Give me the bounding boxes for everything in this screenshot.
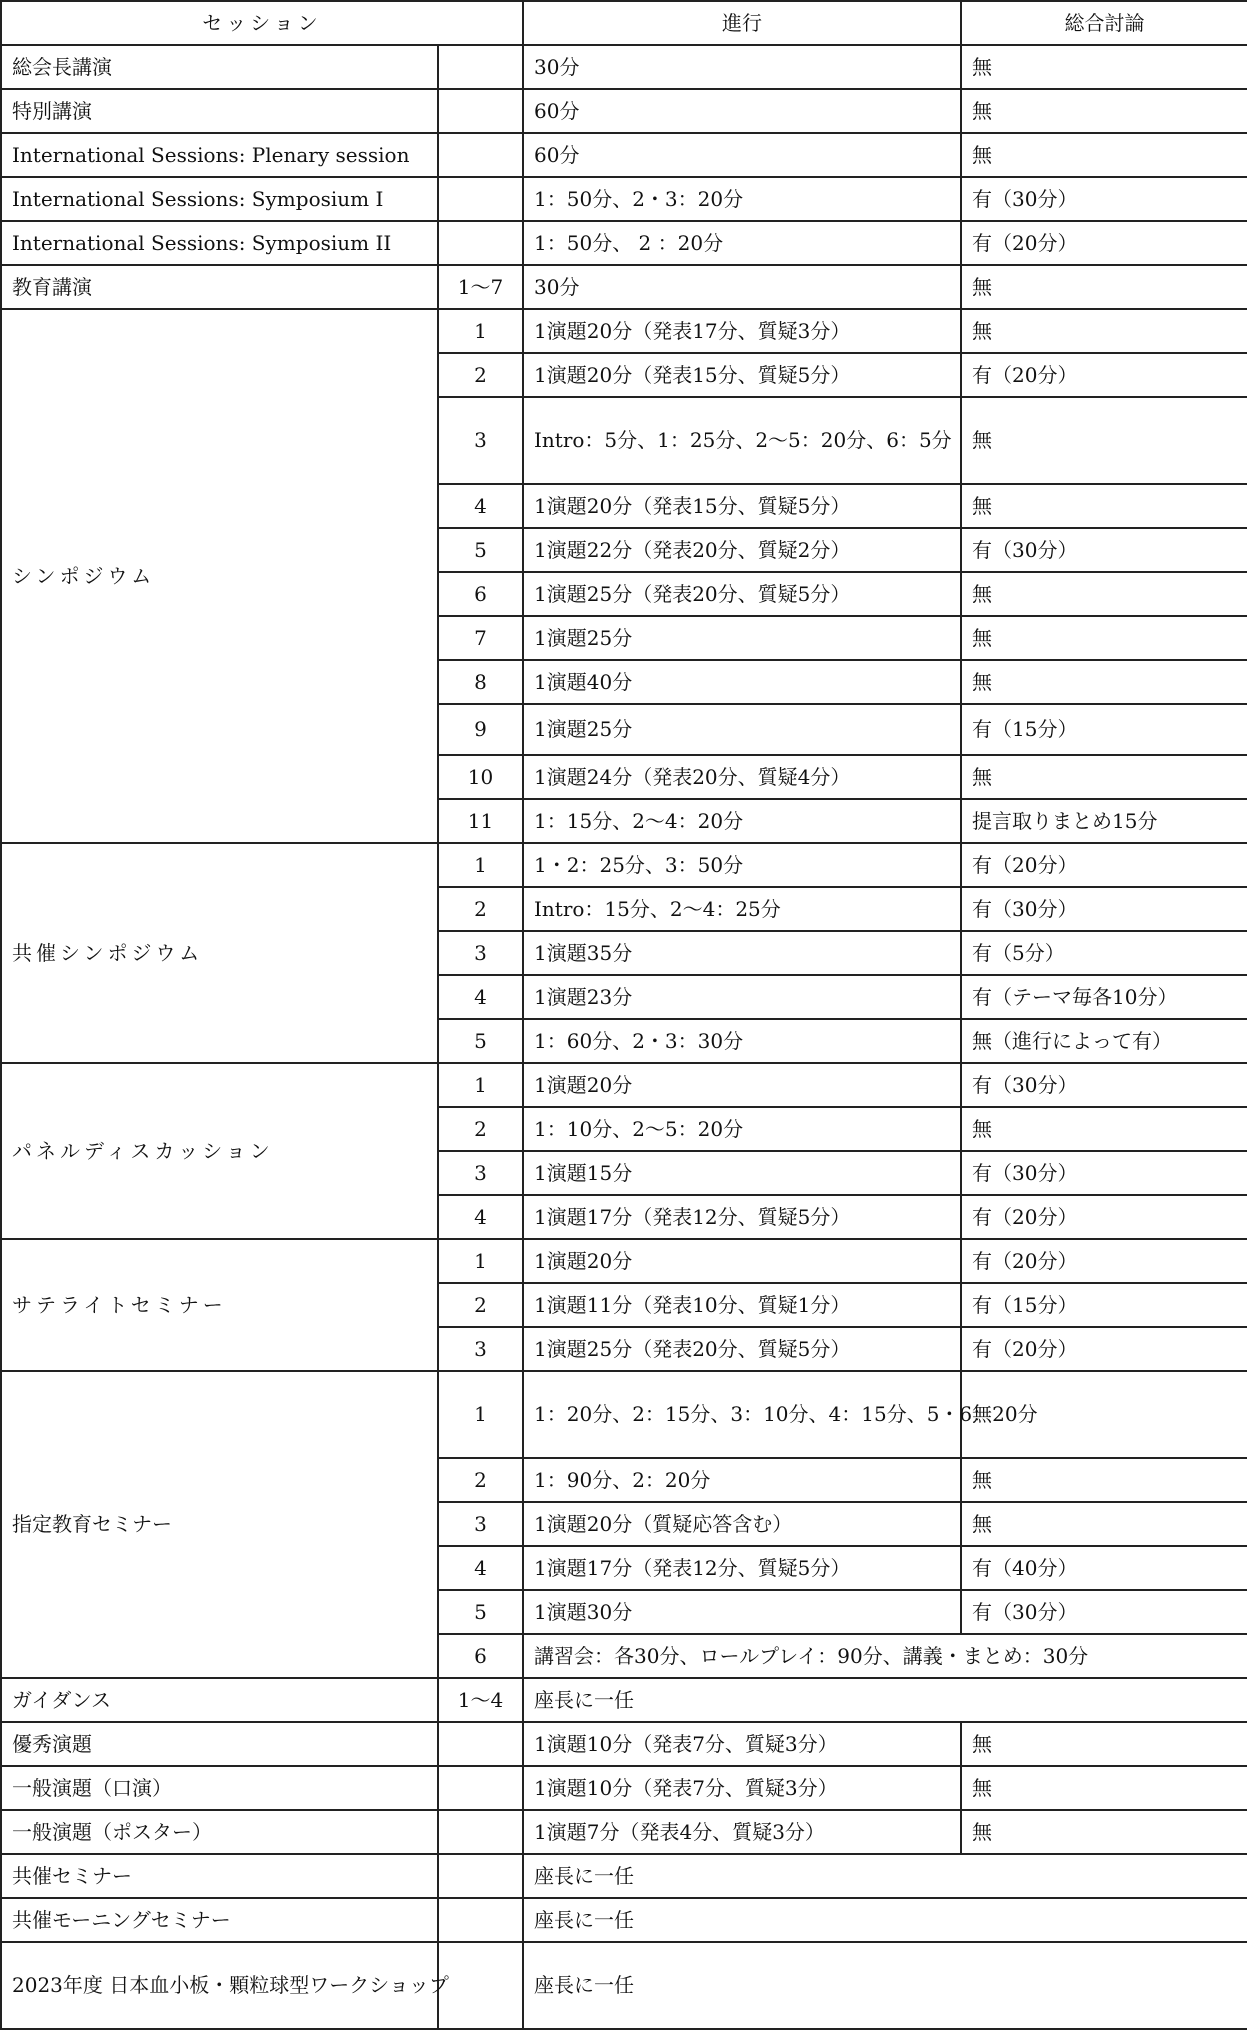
session-number: 8 [438, 660, 523, 704]
table-row: 共催モーニングセミナー 座長に一任 [1, 1898, 1247, 1942]
progress-cell: 1演題15分 [523, 1151, 961, 1195]
session-name: 特別講演 [1, 89, 438, 133]
table-row: 一般演題（口演） 1演題10分（発表7分、質疑3分） 無 [1, 1766, 1247, 1810]
session-number [438, 89, 523, 133]
discussion-cell: 有（20分） [961, 1195, 1247, 1239]
session-number: 4 [438, 484, 523, 528]
progress-cell: 1演題20分（発表15分、質疑5分） [523, 353, 961, 397]
discussion-cell: 無 [961, 309, 1247, 353]
table-row: サテライトセミナー 1 1演題20分 有（20分） [1, 1239, 1247, 1283]
group-co-symposium: 共催シンポジウム [1, 843, 438, 1063]
progress-cell: 1演題20分（質疑応答含む） [523, 1502, 961, 1546]
progress-cell: 1演題20分 [523, 1063, 961, 1107]
table-row: 共催セミナー 座長に一任 [1, 1854, 1247, 1898]
progress-cell: 60分 [523, 89, 961, 133]
progress-cell: 1：90分、2：20分 [523, 1458, 961, 1502]
session-name: 一般演題（口演） [1, 1766, 438, 1810]
session-number: 1 [438, 1371, 523, 1458]
discussion-cell: 有（20分） [961, 221, 1247, 265]
discussion-cell: 有（30分） [961, 1151, 1247, 1195]
table-row: ガイダンス 1〜4 座長に一任 [1, 1678, 1247, 1722]
progress-cell: 1演題17分（発表12分、質疑5分） [523, 1195, 961, 1239]
session-number: 3 [438, 931, 523, 975]
session-number: 4 [438, 975, 523, 1019]
progress-cell: 1演題11分（発表10分、質疑1分） [523, 1283, 961, 1327]
session-number [438, 1766, 523, 1810]
session-number: 5 [438, 1019, 523, 1063]
table-row: 2023年度 日本血小板・顆粒球型ワークショップ 座長に一任 [1, 1942, 1247, 2029]
progress-cell: 1演題20分（発表15分、質疑5分） [523, 484, 961, 528]
discussion-cell: 有（30分） [961, 528, 1247, 572]
progress-cell: 1演題10分（発表7分、質疑3分） [523, 1722, 961, 1766]
discussion-cell: 無 [961, 45, 1247, 89]
session-name: 共催セミナー [1, 1854, 438, 1898]
session-number: 3 [438, 1327, 523, 1371]
table-row: 特別講演 60分 無 [1, 89, 1247, 133]
table-row: 共催シンポジウム 1 1・2：25分、3：50分 有（20分） [1, 843, 1247, 887]
progress-cell: 1演題20分 [523, 1239, 961, 1283]
discussion-cell: 有（30分） [961, 1590, 1247, 1634]
session-name: International Sessions: Symposium II [1, 221, 438, 265]
progress-cell: 1演題10分（発表7分、質疑3分） [523, 1766, 961, 1810]
discussion-cell: 無 [961, 660, 1247, 704]
session-number [438, 45, 523, 89]
header-progress: 進行 [523, 1, 961, 45]
group-designated-education-seminar: 指定教育セミナー [1, 1371, 438, 1678]
session-name: International Sessions: Plenary session [1, 133, 438, 177]
progress-cell: 1：15分、2〜4：20分 [523, 799, 961, 843]
progress-cell: 1演題20分（発表17分、質疑3分） [523, 309, 961, 353]
session-number: 1〜7 [438, 265, 523, 309]
session-number: 9 [438, 704, 523, 755]
session-number: 2 [438, 353, 523, 397]
session-number: 1〜4 [438, 1678, 523, 1722]
session-number: 1 [438, 309, 523, 353]
table-row: 教育講演 1〜7 30分 無 [1, 265, 1247, 309]
progress-cell: 1演題30分 [523, 1590, 961, 1634]
progress-cell: 1演題25分 [523, 704, 961, 755]
discussion-cell: 無 [961, 1107, 1247, 1151]
progress-cell: 1演題35分 [523, 931, 961, 975]
progress-cell: 1：50分、 2 ：20分 [523, 221, 961, 265]
session-number: 4 [438, 1195, 523, 1239]
header-discussion: 総合討論 [961, 1, 1247, 45]
progress-cell: 1演題25分（発表20分、質疑5分） [523, 572, 961, 616]
session-number: 2 [438, 887, 523, 931]
session-number: 4 [438, 1546, 523, 1590]
session-number: 3 [438, 1502, 523, 1546]
session-number [438, 1722, 523, 1766]
session-number: 5 [438, 528, 523, 572]
discussion-cell: 有（15分） [961, 1283, 1247, 1327]
session-number: 2 [438, 1458, 523, 1502]
session-number [438, 133, 523, 177]
session-number: 10 [438, 755, 523, 799]
table-row: International Sessions: Plenary session … [1, 133, 1247, 177]
session-name: 一般演題（ポスター） [1, 1810, 438, 1854]
table-row: International Sessions: Symposium II 1：5… [1, 221, 1247, 265]
discussion-cell: 無 [961, 89, 1247, 133]
progress-cell: Intro：5分、1：25分、2〜5：20分、6：5分 [523, 397, 961, 484]
discussion-cell: 無 [961, 1810, 1247, 1854]
table-row: 一般演題（ポスター） 1演題7分（発表4分、質疑3分） 無 [1, 1810, 1247, 1854]
session-number: 3 [438, 397, 523, 484]
discussion-cell: 無 [961, 1766, 1247, 1810]
header-row: セッション 進行 総合討論 [1, 1, 1247, 45]
discussion-cell: 無 [961, 755, 1247, 799]
session-number: 6 [438, 1634, 523, 1678]
progress-cell: 1・2：25分、3：50分 [523, 843, 961, 887]
progress-cell: 1演題25分 [523, 616, 961, 660]
session-number: 3 [438, 1151, 523, 1195]
discussion-cell: 無 [961, 616, 1247, 660]
progress-cell: 1演題17分（発表12分、質疑5分） [523, 1546, 961, 1590]
group-symposium: シンポジウム [1, 309, 438, 843]
session-number: 1 [438, 843, 523, 887]
session-number: 2 [438, 1107, 523, 1151]
session-name: 優秀演題 [1, 1722, 438, 1766]
table-row: パネルディスカッション 1 1演題20分 有（30分） [1, 1063, 1247, 1107]
session-number: 1 [438, 1239, 523, 1283]
progress-cell: 1：50分、2・3：20分 [523, 177, 961, 221]
discussion-cell: 有（15分） [961, 704, 1247, 755]
table-row: 優秀演題 1演題10分（発表7分、質疑3分） 無 [1, 1722, 1247, 1766]
session-number [438, 177, 523, 221]
session-name: 教育講演 [1, 265, 438, 309]
progress-cell: 1演題24分（発表20分、質疑4分） [523, 755, 961, 799]
group-satellite-seminar: サテライトセミナー [1, 1239, 438, 1371]
progress-cell: 座長に一任 [523, 1898, 1247, 1942]
discussion-cell: 有（20分） [961, 353, 1247, 397]
session-number [438, 1854, 523, 1898]
session-name: 2023年度 日本血小板・顆粒球型ワークショップ [1, 1942, 438, 2029]
table-row: 総会長講演 30分 無 [1, 45, 1247, 89]
discussion-cell: 提言取りまとめ15分 [961, 799, 1247, 843]
discussion-cell: 無 [961, 397, 1247, 484]
session-number [438, 1942, 523, 2029]
discussion-cell: 無 [961, 484, 1247, 528]
table-row: シンポジウム 1 1演題20分（発表17分、質疑3分） 無 [1, 309, 1247, 353]
progress-cell: 1演題25分（発表20分、質疑5分） [523, 1327, 961, 1371]
table-row: 指定教育セミナー 1 1：20分、2：15分、3：10分、4：15分、5・6：2… [1, 1371, 1247, 1458]
session-number: 1 [438, 1063, 523, 1107]
discussion-cell: 無 [961, 1722, 1247, 1766]
discussion-cell: 有（20分） [961, 1239, 1247, 1283]
discussion-cell: 無 [961, 133, 1247, 177]
progress-cell: 座長に一任 [523, 1854, 1247, 1898]
discussion-cell: 無 [961, 1458, 1247, 1502]
session-number: 7 [438, 616, 523, 660]
progress-cell: 60分 [523, 133, 961, 177]
discussion-cell: 無 [961, 265, 1247, 309]
progress-cell: 1：10分、2〜5：20分 [523, 1107, 961, 1151]
header-session: セッション [1, 1, 523, 45]
discussion-cell: 有（40分） [961, 1546, 1247, 1590]
table-row: International Sessions: Symposium I 1：50… [1, 177, 1247, 221]
session-number [438, 221, 523, 265]
session-name: ガイダンス [1, 1678, 438, 1722]
discussion-cell: 有（30分） [961, 887, 1247, 931]
session-schedule-table: セッション 進行 総合討論 総会長講演 30分 無 特別講演 60分 無 Int… [0, 0, 1247, 2030]
session-number: 11 [438, 799, 523, 843]
session-name: 総会長講演 [1, 45, 438, 89]
session-name: International Sessions: Symposium I [1, 177, 438, 221]
session-number: 2 [438, 1283, 523, 1327]
discussion-cell: 無 [961, 572, 1247, 616]
progress-cell: 30分 [523, 45, 961, 89]
progress-cell: 1：20分、2：15分、3：10分、4：15分、5・6：20分 [523, 1371, 961, 1458]
progress-cell: 1演題23分 [523, 975, 961, 1019]
discussion-cell: 無 [961, 1502, 1247, 1546]
discussion-cell: 有（5分） [961, 931, 1247, 975]
session-name: 共催モーニングセミナー [1, 1898, 438, 1942]
progress-cell: 1：60分、2・3：30分 [523, 1019, 961, 1063]
progress-cell: 1演題40分 [523, 660, 961, 704]
session-number [438, 1898, 523, 1942]
discussion-cell: 有（テーマ毎各10分） [961, 975, 1247, 1019]
progress-cell: Intro：15分、2〜4：25分 [523, 887, 961, 931]
discussion-cell: 有（30分） [961, 1063, 1247, 1107]
discussion-cell: 有（20分） [961, 1327, 1247, 1371]
session-number [438, 1810, 523, 1854]
discussion-cell: 有（30分） [961, 177, 1247, 221]
progress-cell: 1演題22分（発表20分、質疑2分） [523, 528, 961, 572]
discussion-cell: 有（20分） [961, 843, 1247, 887]
progress-cell: 座長に一任 [523, 1678, 1247, 1722]
progress-cell: 30分 [523, 265, 961, 309]
progress-cell: 講習会：各30分、ロールプレイ：90分、講義・まとめ：30分 [523, 1634, 1247, 1678]
group-panel-discussion: パネルディスカッション [1, 1063, 438, 1239]
session-number: 6 [438, 572, 523, 616]
session-number: 5 [438, 1590, 523, 1634]
discussion-cell: 無（進行によって有） [961, 1019, 1247, 1063]
progress-cell: 1演題7分（発表4分、質疑3分） [523, 1810, 961, 1854]
progress-cell: 座長に一任 [523, 1942, 1247, 2029]
